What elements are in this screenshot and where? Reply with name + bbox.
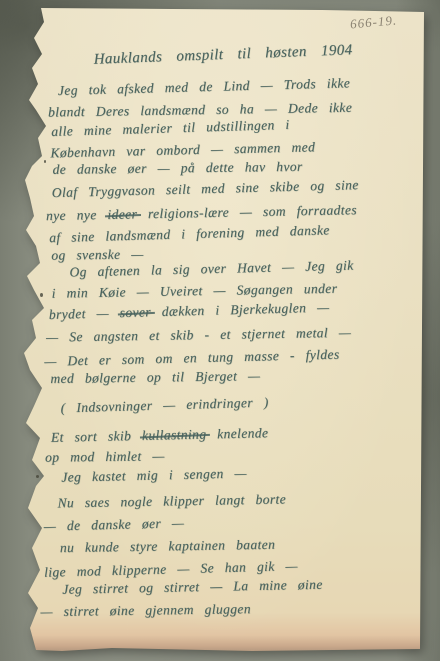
scan-background: 666-19. Hauklands omspilt til høsten 190…: [0, 0, 440, 661]
manuscript-line: — stirret øine gjennem gluggen: [40, 602, 251, 618]
manuscript-line: nu kunde styre kaptainen baaten: [60, 538, 276, 555]
manuscript-line: Nu saes nogle klipper langt borte: [57, 492, 286, 509]
manuscript-line: lige mod klipperne — Se han gik —: [44, 559, 298, 579]
manuscript-line: Olaf Tryggvason seilt med sine skibe og …: [52, 178, 359, 200]
line-text: brydet —: [49, 305, 120, 322]
manuscript-text: Hauklands omspilt til høsten 1904 Jeg to…: [0, 0, 440, 661]
manuscript-line: Jeg stirret og stirret — La mine øine: [62, 578, 323, 596]
manuscript-line: af sine landsmænd i forening med danske: [49, 223, 330, 244]
manuscript-line: nye nye ideer religions-lære — som forra…: [46, 203, 357, 222]
manuscript-line: — Det er som om en tung masse - fyldes: [44, 348, 340, 369]
manuscript-line: i min Køie — Uveiret — Søgangen under: [52, 282, 338, 300]
manuscript-line: — de danske øer —: [44, 516, 185, 533]
manuscript-line: Et sort skib kullastning knelende: [51, 426, 269, 444]
manuscript-line: med bølgerne op til Bjerget —: [50, 369, 260, 385]
manuscript-line: op mod himlet —: [45, 449, 165, 464]
manuscript-line: ( Indsovninger — erindringer ): [61, 396, 269, 415]
manuscript-line: brydet — sover dækken i Bjerkekuglen —: [49, 301, 330, 322]
line-text: knelende: [206, 425, 268, 441]
line-text: nye nye: [46, 207, 108, 223]
struck-word: sover: [119, 304, 151, 320]
line-text: religions-lære — som forraadtes: [137, 202, 357, 221]
manuscript-title: Hauklands omspilt til høsten 1904: [93, 43, 352, 67]
manuscript-line: København var ombord — sammen med: [50, 140, 315, 160]
manuscript-line: blandt Deres landsmænd so ha — Dede ikke: [48, 101, 352, 119]
struck-word: kullastning: [142, 427, 207, 443]
manuscript-line: og svenske —: [51, 247, 143, 262]
line-text: Et sort skib: [51, 428, 142, 445]
manuscript-line: Jeg tok afsked med de Lind — Trods ikke: [58, 76, 351, 97]
line-text: dækken i Bjerkekuglen —: [151, 300, 330, 320]
manuscript-line: Jeg kastet mig i sengen —: [61, 466, 247, 484]
manuscript-line: de danske øer — på dette hav hvor: [53, 160, 303, 177]
manuscript-line: — Se angsten et skib - et stjernet metal…: [46, 326, 351, 344]
struck-word: ideer: [107, 206, 137, 222]
manuscript-line: alle mine malerier til udstillingen i: [51, 118, 290, 139]
